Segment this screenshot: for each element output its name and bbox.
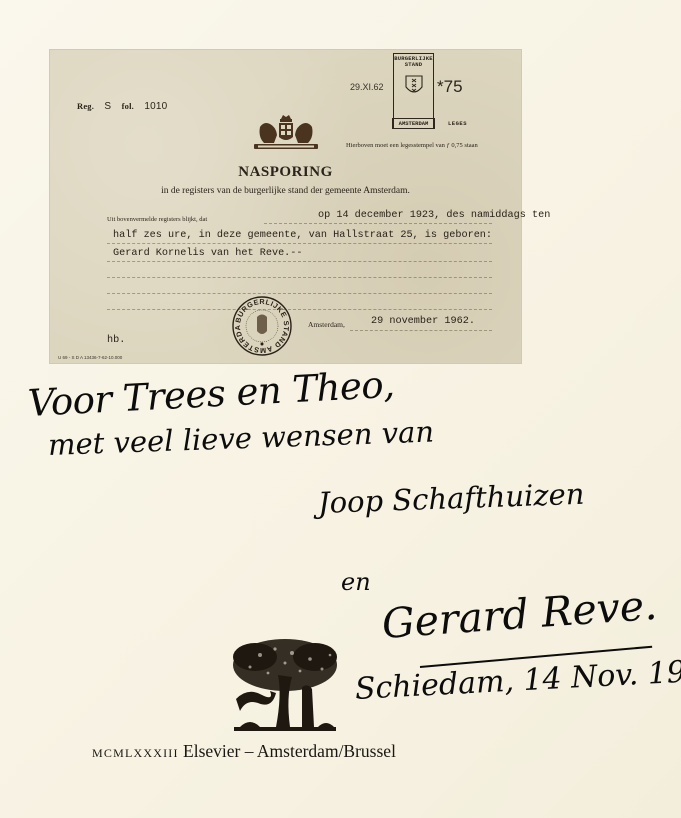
fee-stamp-header: BURGERLIJKE STAND bbox=[394, 56, 433, 68]
issue-date: 29 november 1962. bbox=[371, 316, 475, 327]
fol-label: fol. bbox=[122, 101, 134, 111]
stamp-note: Hierboven moet een legesstempel van ƒ 0,… bbox=[346, 142, 478, 149]
elsevier-tree-logo-icon bbox=[230, 635, 340, 735]
publication-year: MCMLXXXIII bbox=[92, 742, 179, 761]
print-code: U 69 - S D A 13436-7-62-10.000 bbox=[58, 355, 122, 360]
typed-line-2: half zes ure, in deze gemeente, van Hall… bbox=[113, 230, 492, 241]
ruled-line bbox=[350, 330, 492, 331]
amsterdam-shield-icon bbox=[405, 75, 423, 97]
inscription-conjunction: en bbox=[341, 568, 371, 596]
fee-stamp-footer: AMSTERDAM bbox=[392, 118, 435, 129]
round-seal-icon: BURGERLIJKE STAND AMSTERDAM bbox=[231, 295, 293, 357]
clerk-initials: hb. bbox=[107, 335, 125, 346]
leges-label: LEGES bbox=[448, 120, 467, 127]
coat-of-arms-icon bbox=[250, 113, 322, 153]
ruled-line bbox=[107, 261, 492, 262]
stamp-date: 29.XI.62 bbox=[350, 82, 384, 92]
reg-letter: S bbox=[104, 101, 111, 112]
ruled-line bbox=[107, 277, 492, 278]
fol-number: 1010 bbox=[144, 101, 167, 112]
fee-stamp: BURGERLIJKE STAND AMSTERDAM bbox=[393, 53, 434, 129]
ruled-line bbox=[107, 309, 492, 310]
intro-text: Uit bovenvermelde registers blijkt, dat bbox=[107, 216, 207, 223]
publisher-name: Elsevier – Amsterdam/Brussel bbox=[183, 741, 396, 761]
ruled-line bbox=[264, 223, 492, 224]
ruled-line bbox=[107, 243, 492, 244]
place-label: Amsterdam, bbox=[308, 320, 345, 329]
document-subtitle: in de registers van de burgerlijke stand… bbox=[50, 186, 521, 196]
fee-amount: *75 bbox=[437, 77, 463, 97]
publisher-imprint: MCMLXXXIII Elsevier – Amsterdam/Brussel bbox=[92, 741, 396, 762]
typed-line-3: Gerard Kornelis van het Reve.-- bbox=[113, 248, 303, 259]
typed-line-1: op 14 december 1923, des namiddags ten bbox=[318, 210, 550, 221]
document-title: NASPORING bbox=[50, 164, 521, 181]
reg-label: Reg. bbox=[77, 101, 94, 111]
register-reference: Reg. S fol. 1010 bbox=[77, 101, 175, 112]
ruled-line bbox=[107, 293, 492, 294]
birth-record-card: Reg. S fol. 1010 bbox=[50, 50, 521, 363]
